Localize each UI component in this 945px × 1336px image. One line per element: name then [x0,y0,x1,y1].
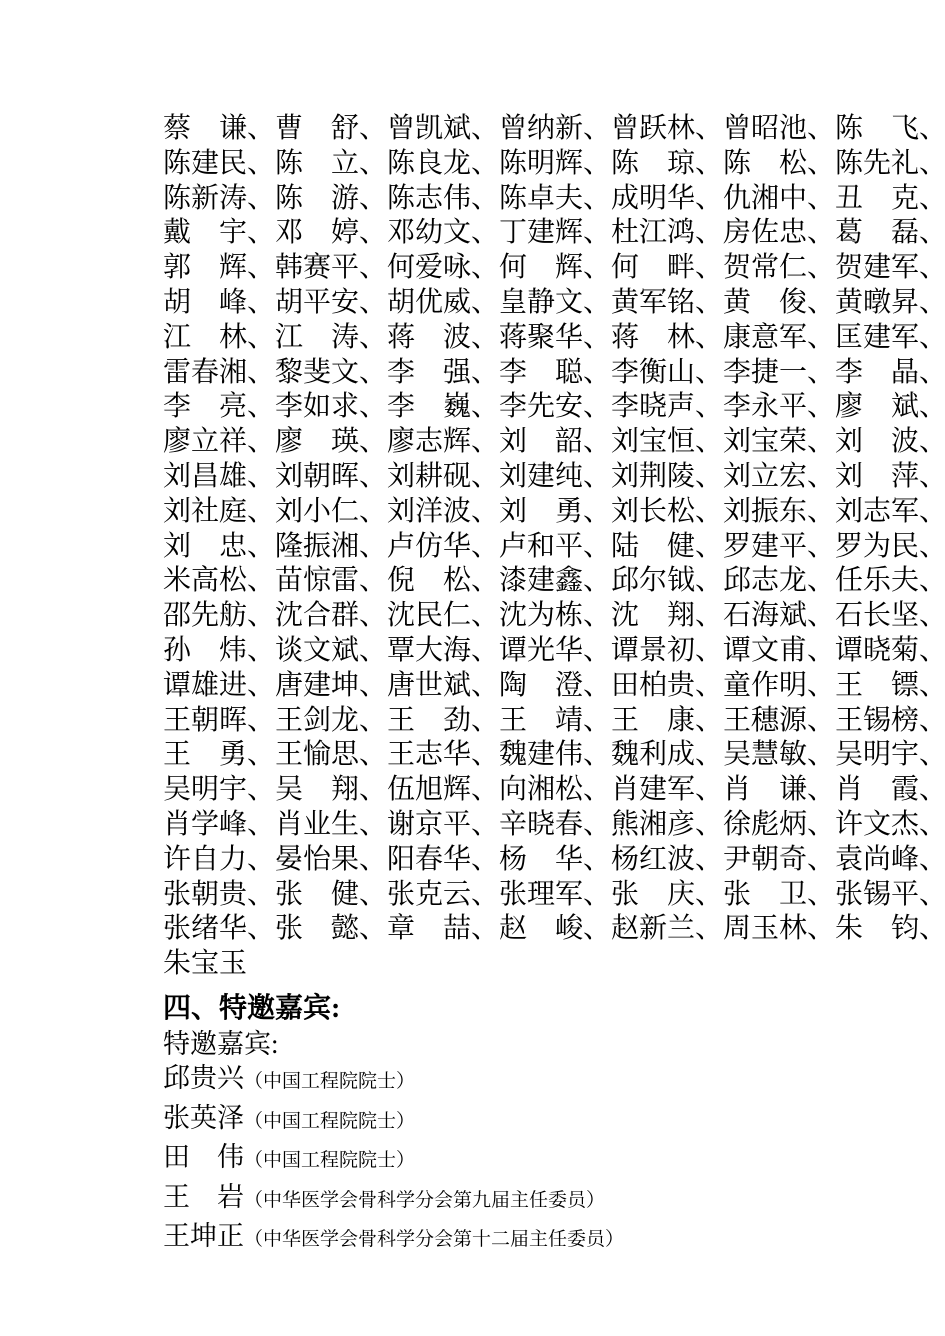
guest-name: 王坤正 [163,1221,244,1251]
name-line: 刘昌雄、刘朝晖、刘耕砚、刘建纯、刘荆陵、刘立宏、刘 萍、 [163,460,796,495]
guest-title: （中华医学会骨科学分会第十二届主任委员） [244,1229,624,1250]
name-line: 邵先舫、沈合群、沈民仁、沈为栋、沈 翔、石海斌、石长坚、 [163,599,796,634]
name-line: 蔡 谦、曹 舒、曾凯斌、曾纳新、曾跃林、曾昭池、陈 飞、 [163,112,796,147]
guest-row: 邱贵兴（中国工程院院士） [163,1061,796,1101]
guest-title: （中国工程院院士） [244,1071,415,1092]
name-line: 米高松、苗惊雷、倪 松、漆建鑫、邱尔钺、邱志龙、任乐夫、 [163,564,796,599]
name-line: 王朝晖、王剑龙、王 劲、王 靖、王 康、王穗源、王锡榜、 [163,704,796,739]
name-line: 王 勇、王愉思、王志华、魏建伟、魏利成、吴慧敏、吴明宇、 [163,738,796,773]
name-line: 李 亮、李如求、李 巍、李先安、李晓声、李永平、廖 斌、 [163,390,796,425]
guest-row: 田 伟（中国工程院院士） [163,1140,796,1180]
guest-row: 张英泽（中国工程院院士） [163,1101,796,1141]
name-line: 孙 炜、谈文斌、覃大海、谭光华、谭景初、谭文甫、谭晓菊、 [163,634,796,669]
guest-row: 王坤正（中华医学会骨科学分会第十二届主任委员） [163,1219,796,1259]
special-guest-list: 邱贵兴（中国工程院院士） 张英泽（中国工程院院士） 田 伟（中国工程院院士） 王… [163,1061,796,1259]
guest-row: 王 岩（中华医学会骨科学分会第九届主任委员） [163,1180,796,1220]
name-line: 戴 宇、邓 婷、邓幼文、丁建辉、杜江鸿、房佐忠、葛 磊、 [163,216,796,251]
section-heading-special-guests: 四、特邀嘉宾: [163,992,796,1027]
guest-name: 邱贵兴 [163,1063,244,1093]
name-line: 张绪华、张 懿、章 喆、赵 峻、赵新兰、周玉林、朱 钧、 [163,912,796,947]
name-line: 胡 峰、胡平安、胡优威、皇静文、黄军铭、黄 俊、黄暾昇、 [163,286,796,321]
guest-title: （中国工程院院士） [244,1111,415,1132]
name-line: 刘社庭、刘小仁、刘洋波、刘 勇、刘长松、刘振东、刘志军、 [163,495,796,530]
document-page: 蔡 谦、曹 舒、曾凯斌、曾纳新、曾跃林、曾昭池、陈 飞、陈建民、陈 立、陈良龙、… [0,0,945,1336]
name-line: 吴明宇、吴 翔、伍旭辉、向湘松、肖建军、肖 谦、肖 霞、 [163,773,796,808]
name-line: 郭 辉、韩赛平、何爱咏、何 辉、何 畔、贺常仁、贺建军、 [163,251,796,286]
name-line: 廖立祥、廖 瑛、廖志辉、刘 韶、刘宝恒、刘宝荣、刘 波、 [163,425,796,460]
name-line: 朱宝玉 [163,947,796,982]
participant-name-list: 蔡 谦、曹 舒、曾凯斌、曾纳新、曾跃林、曾昭池、陈 飞、陈建民、陈 立、陈良龙、… [163,112,796,982]
name-line: 江 林、江 涛、蒋 波、蒋聚华、蒋 林、康意军、匡建军、 [163,321,796,356]
name-line: 雷春湘、黎斐文、李 强、李 聪、李衡山、李捷一、李 晶、 [163,356,796,391]
name-line: 许自力、晏怡果、阳春华、杨 华、杨红波、尹朝奇、袁尚峰、 [163,843,796,878]
section-subheading-special-guests: 特邀嘉宾: [163,1027,796,1062]
name-line: 张朝贵、张 健、张克云、张理军、张 庆、张 卫、张锡平、 [163,878,796,913]
guest-title: （中国工程院院士） [244,1150,415,1171]
guest-name: 张英泽 [163,1103,244,1133]
guest-name: 田 伟 [163,1142,244,1172]
name-line: 陈建民、陈 立、陈良龙、陈明辉、陈 琼、陈 松、陈先礼、 [163,147,796,182]
name-line: 谭雄进、唐建坤、唐世斌、陶 澄、田柏贵、童作明、王 镖、 [163,669,796,704]
document-content: 蔡 谦、曹 舒、曾凯斌、曾纳新、曾跃林、曾昭池、陈 飞、陈建民、陈 立、陈良龙、… [163,112,796,1259]
name-line: 肖学峰、肖业生、谢京平、辛晓春、熊湘彦、徐彪炳、许文杰、 [163,808,796,843]
name-line: 刘 忠、隆振湘、卢仿华、卢和平、陆 健、罗建平、罗为民、 [163,530,796,565]
guest-name: 王 岩 [163,1182,244,1212]
guest-title: （中华医学会骨科学分会第九届主任委员） [244,1190,605,1211]
name-line: 陈新涛、陈 游、陈志伟、陈卓夫、成明华、仇湘中、丑 克、 [163,182,796,217]
